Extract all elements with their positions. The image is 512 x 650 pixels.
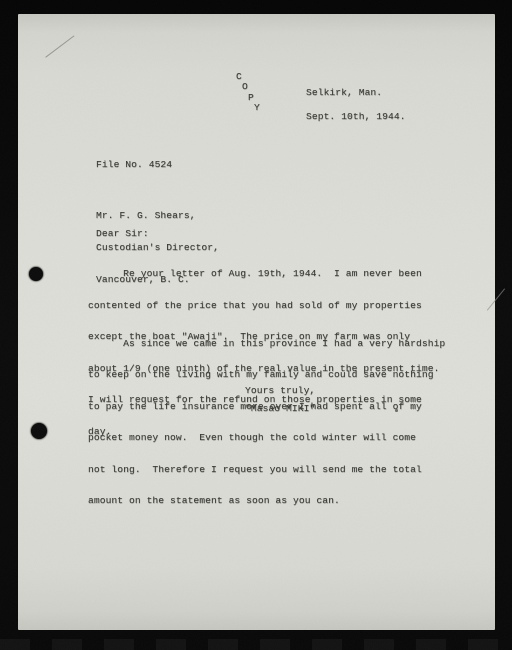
recipient-line: Mr. F. G. Shears, (96, 211, 219, 221)
body-line: pocket money now. Even though the cold w… (88, 433, 445, 442)
body-line: Re your letter of Aug. 19th, 1944. I am … (88, 269, 439, 279)
closing: Yours truly, (245, 385, 315, 396)
hole-punch-top (29, 267, 43, 281)
file-number: File No. 4524 (96, 159, 172, 170)
body-line: amount on the statement as soon as you c… (88, 496, 445, 505)
letter-page: C O P Y Selkirk, Man. Sept. 10th, 1944. … (18, 14, 495, 630)
body-paragraph-2: As since we came in this province I had … (88, 317, 445, 527)
film-edge-marks (0, 639, 512, 650)
copy-stamp-letter: P (236, 93, 296, 103)
body-line: As since we came in this province I had … (88, 339, 445, 348)
pencil-mark-right-margin (487, 288, 506, 311)
salutation: Dear Sir: (96, 228, 149, 239)
place-line: Selkirk, Man. (306, 87, 382, 98)
signature: "Masao MIKI" (245, 403, 315, 414)
body-line: contented of the price that you had sold… (88, 301, 439, 311)
microfilm-scan-frame: C O P Y Selkirk, Man. Sept. 10th, 1944. … (0, 0, 512, 650)
hole-punch-bottom (31, 423, 47, 439)
copy-stamp: C O P Y (236, 72, 296, 114)
copy-stamp-letter: O (236, 82, 296, 92)
ink-speck (395, 409, 398, 412)
body-line: to keep on the living with my family and… (88, 370, 445, 379)
body-line: not long. Therefore I request you will s… (88, 465, 445, 474)
copy-stamp-letter: Y (236, 103, 296, 113)
pencil-mark-top-left (45, 35, 75, 58)
date-line: Sept. 10th, 1944. (306, 111, 406, 122)
